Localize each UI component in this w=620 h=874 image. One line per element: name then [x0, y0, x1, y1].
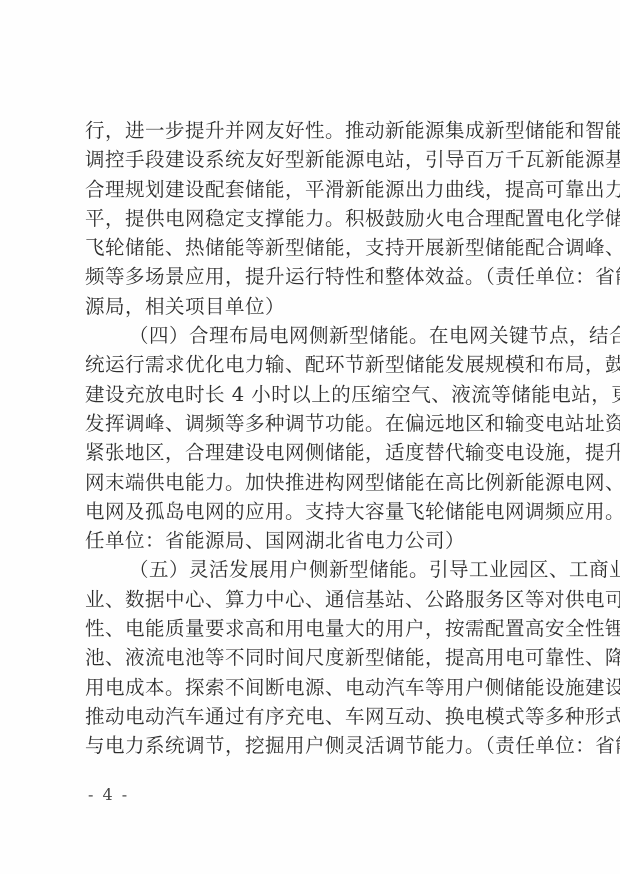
paragraph-section-5: （五）灵活发展用户侧新型储能。引导工业园区、工商业企 业、数据中心、算力中心、通… — [85, 555, 543, 760]
text-line: 网末端供电能力。加快推进构网型储能在高比例新能源电网、弱 — [85, 468, 543, 497]
text-line: 源局，相关项目单位） — [85, 292, 543, 321]
text-line: 建设充放电时长 4 小时以上的压缩空气、液流等储能电站，更好 — [85, 380, 543, 409]
text-line: 合理规划建设配套储能，平滑新能源出力曲线，提高可靠出力水 — [85, 175, 543, 204]
text-line: 飞轮储能、热储能等新型储能，支持开展新型储能配合调峰、调 — [85, 233, 543, 262]
text-line: 电网及孤岛电网的应用。支持大容量飞轮储能电网调频应用。（责 — [85, 497, 543, 526]
text-line: 行，进一步提升并网友好性。推动新能源集成新型储能和智能化 — [85, 116, 543, 145]
text-line: 性、电能质量要求高和用电量大的用户，按需配置高安全性锂电 — [85, 614, 543, 643]
text-line: 推动电动汽车通过有序充电、车网互动、换电模式等多种形式参 — [85, 702, 543, 731]
document-body: 行，进一步提升并网友好性。推动新能源集成新型储能和智能化 调控手段建设系统友好型… — [85, 116, 543, 761]
page-number: - 4 - — [88, 784, 129, 806]
paragraph-section-4: （四）合理布局电网侧新型储能。在电网关键节点，结合系 统运行需求优化电力输、配环… — [85, 321, 543, 555]
text-line: 紧张地区，合理建设电网侧储能，适度替代输变电设施，提升电 — [85, 438, 543, 467]
paragraph-continued: 行，进一步提升并网友好性。推动新能源集成新型储能和智能化 调控手段建设系统友好型… — [85, 116, 543, 321]
text-line: 用电成本。探索不间断电源、电动汽车等用户侧储能设施建设， — [85, 673, 543, 702]
text-line: 发挥调峰、调频等多种调节功能。在偏远地区和输变电站址资源 — [85, 409, 543, 438]
text-line: 与电力系统调节，挖掘用户侧灵活调节能力。（责任单位：省能 — [85, 731, 543, 760]
text-line: 频等多场景应用，提升运行特性和整体效益。（责任单位：省能 — [85, 262, 543, 291]
text-line: 任单位：省能源局、国网湖北省电力公司） — [85, 526, 543, 555]
text-line: 池、液流电池等不同时间尺度新型储能，提高用电可靠性、降低 — [85, 643, 543, 672]
section-heading-line: （五）灵活发展用户侧新型储能。引导工业园区、工商业企 — [85, 555, 543, 584]
text-line: 平，提供电网稳定支撑能力。积极鼓励火电合理配置电化学储能、 — [85, 204, 543, 233]
text-line: 业、数据中心、算力中心、通信基站、公路服务区等对供电可靠 — [85, 585, 543, 614]
document-page: 行，进一步提升并网友好性。推动新能源集成新型储能和智能化 调控手段建设系统友好型… — [0, 0, 620, 874]
text-line: 调控手段建设系统友好型新能源电站，引导百万千瓦新能源基地 — [85, 145, 543, 174]
text-line: 统运行需求优化电力输、配环节新型储能发展规模和布局，鼓励 — [85, 350, 543, 379]
section-heading-line: （四）合理布局电网侧新型储能。在电网关键节点，结合系 — [85, 321, 543, 350]
